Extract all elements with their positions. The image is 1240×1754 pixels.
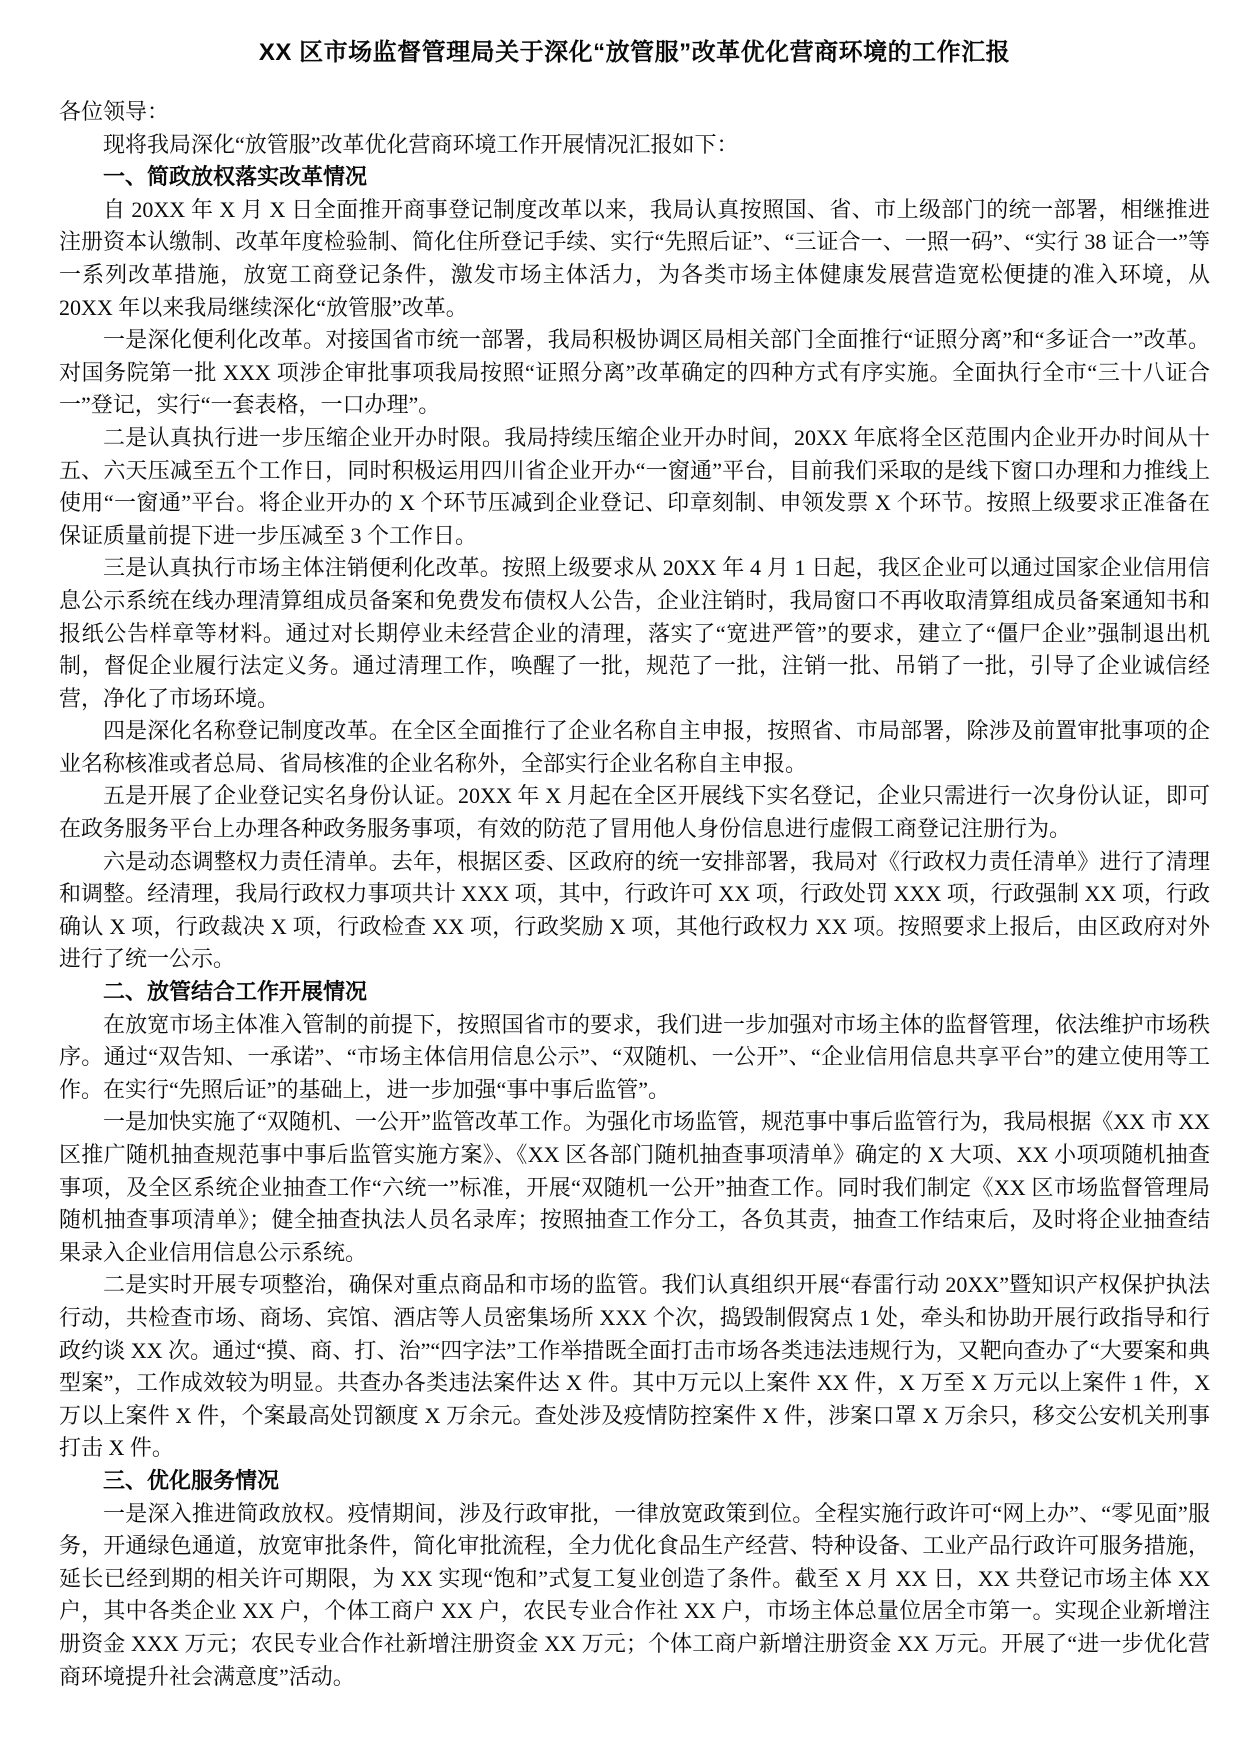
salutation: 各位领导：	[59, 96, 1210, 129]
paragraph: 三是认真执行市场主体注销便利化改革。按照上级要求从 20XX 年 4 月 1 日…	[59, 552, 1210, 715]
document-title: XX 区市场监督管理局关于深化“放管服”改革优化营商环境的工作汇报	[59, 36, 1210, 70]
section-heading-1: 一、简政放权落实改革情况	[59, 161, 1210, 194]
paragraph: 一是加快实施了“双随机、一公开”监管改革工作。为强化市场监管，规范事中事后监管行…	[59, 1106, 1210, 1269]
paragraph: 五是开展了企业登记实名身份认证。20XX 年 X 月起在全区开展线下实名登记，企…	[59, 780, 1210, 845]
paragraph: 一是深入推进简政放权。疫情期间，涉及行政审批，一律放宽政策到位。全程实施行政许可…	[59, 1498, 1210, 1694]
paragraph: 二是认真执行进一步压缩企业开办时限。我局持续压缩企业开办时间，20XX 年底将全…	[59, 422, 1210, 552]
paragraph: 四是深化名称登记制度改革。在全区全面推行了企业名称自主申报，按照省、市局部署，除…	[59, 715, 1210, 780]
section-heading-3: 三、优化服务情况	[59, 1465, 1210, 1498]
paragraph: 六是动态调整权力责任清单。去年，根据区委、区政府的统一安排部署，我局对《行政权力…	[59, 846, 1210, 976]
section-heading-2: 二、放管结合工作开展情况	[59, 976, 1210, 1009]
paragraph: 二是实时开展专项整治，确保对重点商品和市场的监管。我们认真组织开展“春雷行动 2…	[59, 1269, 1210, 1465]
document-page: XX 区市场监督管理局关于深化“放管服”改革优化营商环境的工作汇报 各位领导： …	[0, 0, 1240, 1754]
paragraph: 一是深化便利化改革。对接国省市统一部署，我局积极协调区局相关部门全面推行“证照分…	[59, 324, 1210, 422]
paragraph: 自 20XX 年 X 月 X 日全面推开商事登记制度改革以来，我局认真按照国、省…	[59, 194, 1210, 324]
intro-paragraph: 现将我局深化“放管服”改革优化营商环境工作开展情况汇报如下：	[59, 129, 1210, 162]
paragraph: 在放宽市场主体准入管制的前提下，按照国省市的要求，我们进一步加强对市场主体的监督…	[59, 1009, 1210, 1107]
